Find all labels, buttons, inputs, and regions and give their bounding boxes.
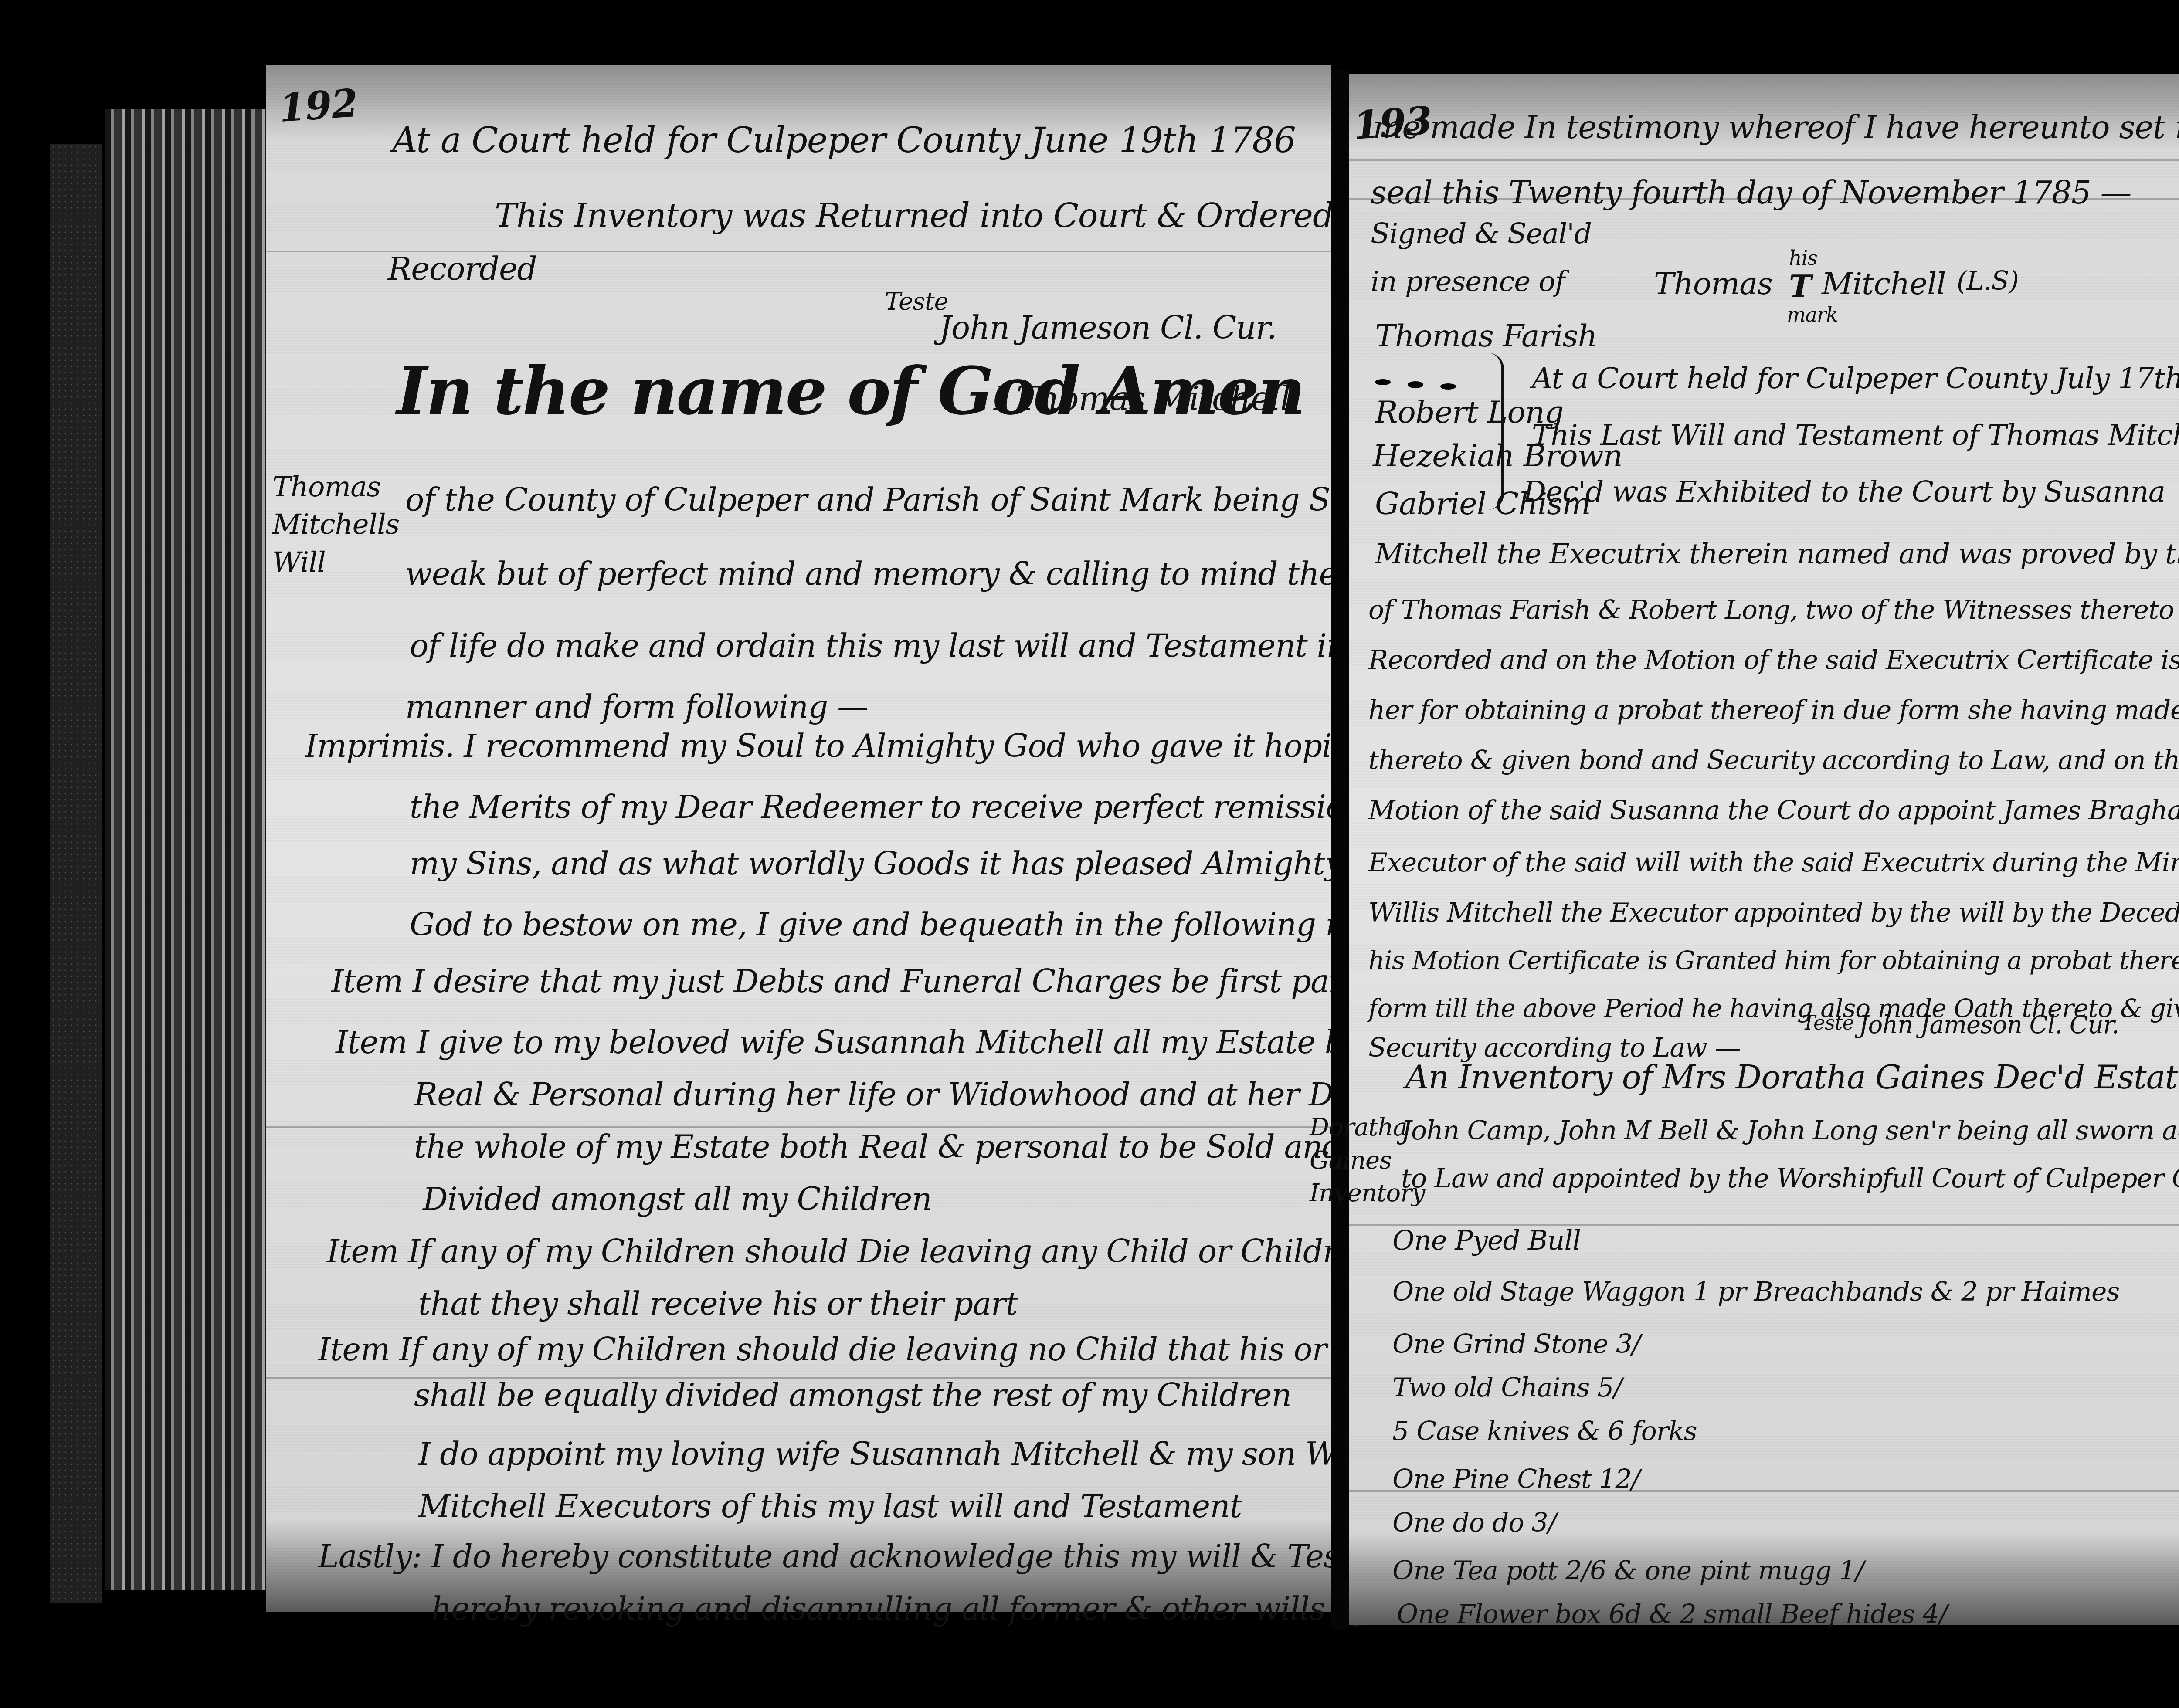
- inventory-item: One Pine Chest 12/: [1392, 1464, 1640, 1494]
- will-line: I do appoint my loving wife Susannah Mit…: [418, 1436, 1391, 1472]
- will-line: me made In testimony whereof I have here…: [1373, 109, 2179, 146]
- inventory-heading: An Inventory of Mrs Doratha Gaines Dec'd…: [1405, 1059, 2179, 1096]
- court-header-line: At a Court held for Culpeper County June…: [392, 120, 1296, 160]
- margin-note-thomas-mitchells-will: Thomas Mitchells Will: [272, 468, 399, 581]
- testator-last-name: Mitchell: [1822, 266, 1946, 302]
- witness-bracket: [1488, 353, 1504, 510]
- probate-line: Executor of the said will with the said …: [1368, 847, 2179, 878]
- will-line: that they shall receive his or their par…: [418, 1285, 1018, 1322]
- probate-line: At a Court held for Culpeper County July…: [1532, 362, 2179, 395]
- probate-line: Mitchell the Executrix therein named and…: [1375, 538, 2179, 570]
- presence-label: in presence of: [1371, 266, 1565, 298]
- inventory-heading: John Camp, John M Bell & John Long sen'r…: [1401, 1115, 2179, 1146]
- inventory-item: One Tea pott 2/6 & one pint mugg 1/: [1392, 1555, 1864, 1586]
- clerk-signature: John Jameson Cl. Cur.: [1859, 1011, 2119, 1039]
- will-line: manner and form following —: [405, 688, 868, 725]
- will-line: Mitchell Executors of this my last will …: [418, 1488, 1242, 1525]
- seal-mark: (L.S): [1957, 266, 2019, 296]
- probate-line: Willis Mitchell the Executor appointed b…: [1368, 898, 2179, 928]
- will-line-item: Item I give to my beloved wife Susannah …: [336, 1024, 1395, 1061]
- testator-first-name: Thomas: [1654, 266, 1772, 302]
- will-line-imprimis: Imprimis. I recommend my Soul to Almight…: [305, 728, 1504, 764]
- will-line-item: Item If any of my Children should die le…: [318, 1331, 1463, 1368]
- will-line: God to bestow on me, I give and bequeath…: [410, 906, 1445, 943]
- inventory-item: One Grind Stone 3/: [1392, 1329, 1640, 1359]
- ink-blot: [1408, 381, 1423, 388]
- will-line: Divided amongst all my Children: [423, 1181, 932, 1217]
- will-line: of life do make and ordain this my last …: [410, 627, 1346, 664]
- ink-blot: [1440, 383, 1456, 390]
- inventory-heading: to Law and appointed by the Worshipfull …: [1401, 1163, 2179, 1194]
- will-heading-continuation: I Thomas Mitchell: [994, 379, 1290, 418]
- left-page: 192 At a Court held for Culpeper County …: [266, 65, 1331, 1612]
- probate-line: Motion of the said Susanna the Court do …: [1368, 795, 2179, 826]
- will-line: the Merits of my Dear Redeemer to receiv…: [410, 789, 1450, 825]
- court-header-line: This Inventory was Returned into Court &…: [495, 196, 1426, 235]
- inventory-item: One Flower box 6d & 2 small Beef hides 4…: [1397, 1599, 1947, 1630]
- will-line: Real & Personal during her life or Widow…: [414, 1076, 1439, 1113]
- inventory-item: One old Stage Waggon 1 pr Breachbands & …: [1392, 1277, 2119, 1307]
- inventory-item: 5 Case knives & 6 forks: [1392, 1416, 1697, 1447]
- probate-line: her for obtaining a probat thereof in du…: [1368, 695, 2179, 725]
- will-line: the whole of my Estate both Real & perso…: [414, 1128, 1464, 1165]
- probate-line: his Motion Certificate is Granted him fo…: [1368, 945, 2179, 975]
- page-number: 192: [278, 80, 360, 131]
- book-gutter: [1331, 70, 1349, 1630]
- book-spread: 192 At a Court held for Culpeper County …: [0, 0, 2179, 1708]
- will-line: seal this Twenty fourth day of November …: [1371, 174, 2131, 211]
- testator-mark-icon: T: [1789, 268, 1811, 304]
- ink-blot: [1375, 379, 1391, 385]
- probate-line: of Thomas Farish & Robert Long, two of t…: [1368, 595, 2179, 625]
- will-line: shall be equally divided amongst the res…: [414, 1377, 1291, 1413]
- inventory-item: One Pyed Bull: [1392, 1224, 1581, 1256]
- will-line-item: Item If any of my Children should Die le…: [327, 1233, 1375, 1270]
- teste-label: Teste: [885, 288, 948, 316]
- probate-line: Recorded and on the Motion of the said E…: [1368, 645, 2179, 675]
- ruled-line: [1349, 159, 2179, 161]
- will-line-item: Item I desire that my just Debts and Fun…: [331, 963, 1358, 1000]
- court-header-line: Recorded: [388, 251, 537, 287]
- book-cover-left: [50, 144, 102, 1603]
- page-edges-left: [105, 109, 266, 1590]
- will-line-lastly: Lastly: I do hereby constitute and ackno…: [318, 1538, 1449, 1575]
- ruled-line: [266, 1126, 1331, 1128]
- probate-line: This Last Will and Testament of Thomas M…: [1532, 418, 2179, 452]
- inventory-item: One do do 3/: [1392, 1508, 1556, 1538]
- teste-label: Teste: [1802, 1011, 1854, 1034]
- mark-label-his: his: [1789, 246, 1817, 270]
- right-page: 193 me made In testimony whereof I have …: [1349, 74, 2179, 1625]
- will-line: hereby revoking and disannulling all for…: [431, 1590, 1371, 1627]
- probate-line: thereto & given bond and Security accord…: [1368, 745, 2179, 776]
- witness-name: Thomas Farish: [1375, 318, 1597, 354]
- probate-line: Dec'd was Exhibited to the Court by Susa…: [1523, 475, 2165, 508]
- inventory-item: Two old Chains 5/: [1392, 1372, 1622, 1403]
- mark-label: mark: [1787, 303, 1838, 326]
- clerk-signature: John Jameson Cl. Cur.: [939, 309, 1276, 346]
- signed-sealed-label: Signed & Seal'd: [1371, 218, 1592, 250]
- will-line: of the County of Culpeper and Parish of …: [405, 481, 1442, 518]
- will-line: my Sins, and as what worldly Goods it ha…: [410, 845, 1342, 882]
